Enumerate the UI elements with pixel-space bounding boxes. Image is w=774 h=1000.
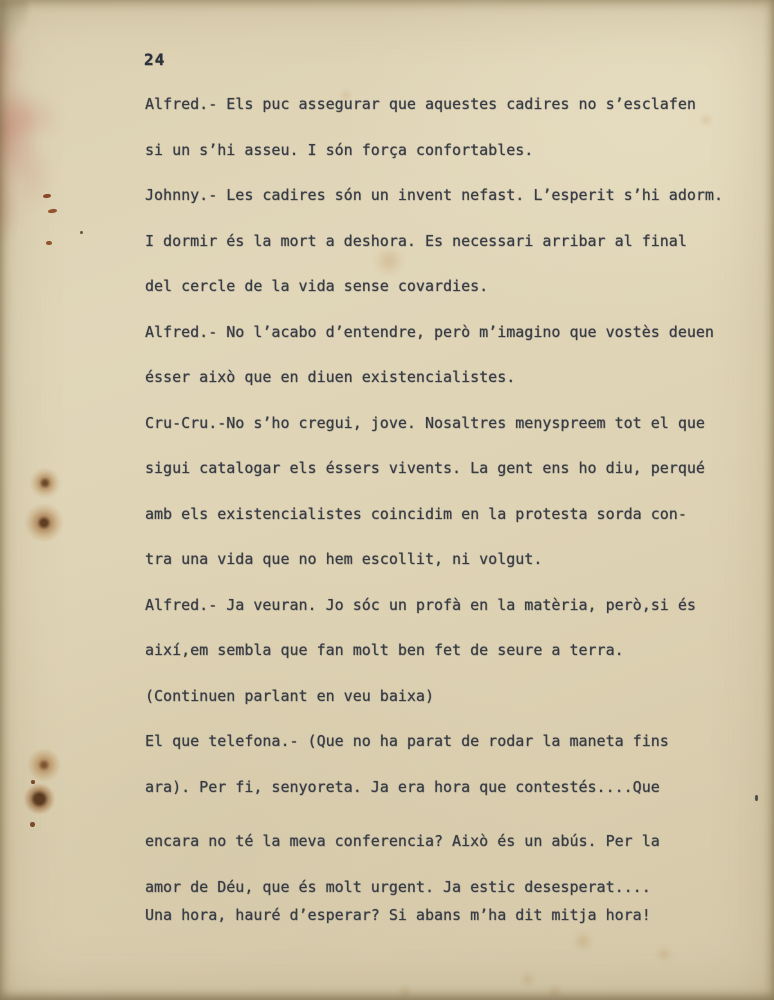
typed-line: tra una vida que no hem escollit, ni vol… [145,550,745,596]
foxing-spot [21,782,55,816]
foxing-spot [27,748,61,782]
typed-line: encara no té la meva conferencia? Això é… [145,832,745,878]
typed-text-block: Alfred.- Els puc assegurar que aquestes … [145,95,745,952]
ink-speck [30,822,35,827]
typed-line: (Continuen parlant en veu baixa) [145,687,745,733]
typescript-page: 24 Alfred.- Els puc assegurar que aquest… [0,0,774,1000]
foxing-spot [29,467,61,499]
typed-line: ara). Per fi, senyoreta. Ja era hora que… [145,778,745,824]
typed-line: Alfred.- No l’acabo d’entendre, però m’i… [145,323,745,369]
pink-edge-stain [0,0,88,270]
ink-speck [46,241,52,245]
typed-line: del cercle de la vida sense covardies. [145,277,745,323]
typed-line: Una hora, hauré d’esperar? Si abans m’ha… [145,906,745,952]
typed-line: ésser això que en diuen existencialistes… [145,368,745,414]
typed-line: Johnny.- Les cadires són un invent nefas… [145,186,745,232]
ink-speck [31,780,35,784]
typed-line: I dormir és la mort a deshora. Es necess… [145,232,745,278]
foxing-spot [24,502,64,542]
typed-line: Alfred.- Els puc assegurar que aquestes … [145,95,745,141]
typed-line: així,em sembla que fan molt ben fet de s… [145,641,745,687]
typed-line: amb els existencialistes coincidim en la… [145,505,745,551]
ink-speck [755,795,758,801]
typed-line: si un s’hi asseu. I són força confortabl… [145,141,745,187]
typed-line: El que telefona.- (Que no ha parat de ro… [145,732,745,778]
ink-speck [80,231,83,234]
page-number: 24 [144,50,165,69]
typed-line: sigui catalogar els éssers vivents. La g… [145,459,745,505]
faint-stain [398,986,412,998]
typed-line: Cru-Cru.-No s’ho cregui, jove. Nosaltres… [145,414,745,460]
faint-stain [520,972,536,986]
faint-stain [547,986,563,998]
typed-line: Alfred.- Ja veuran. Jo sóc un profà en l… [145,596,745,642]
